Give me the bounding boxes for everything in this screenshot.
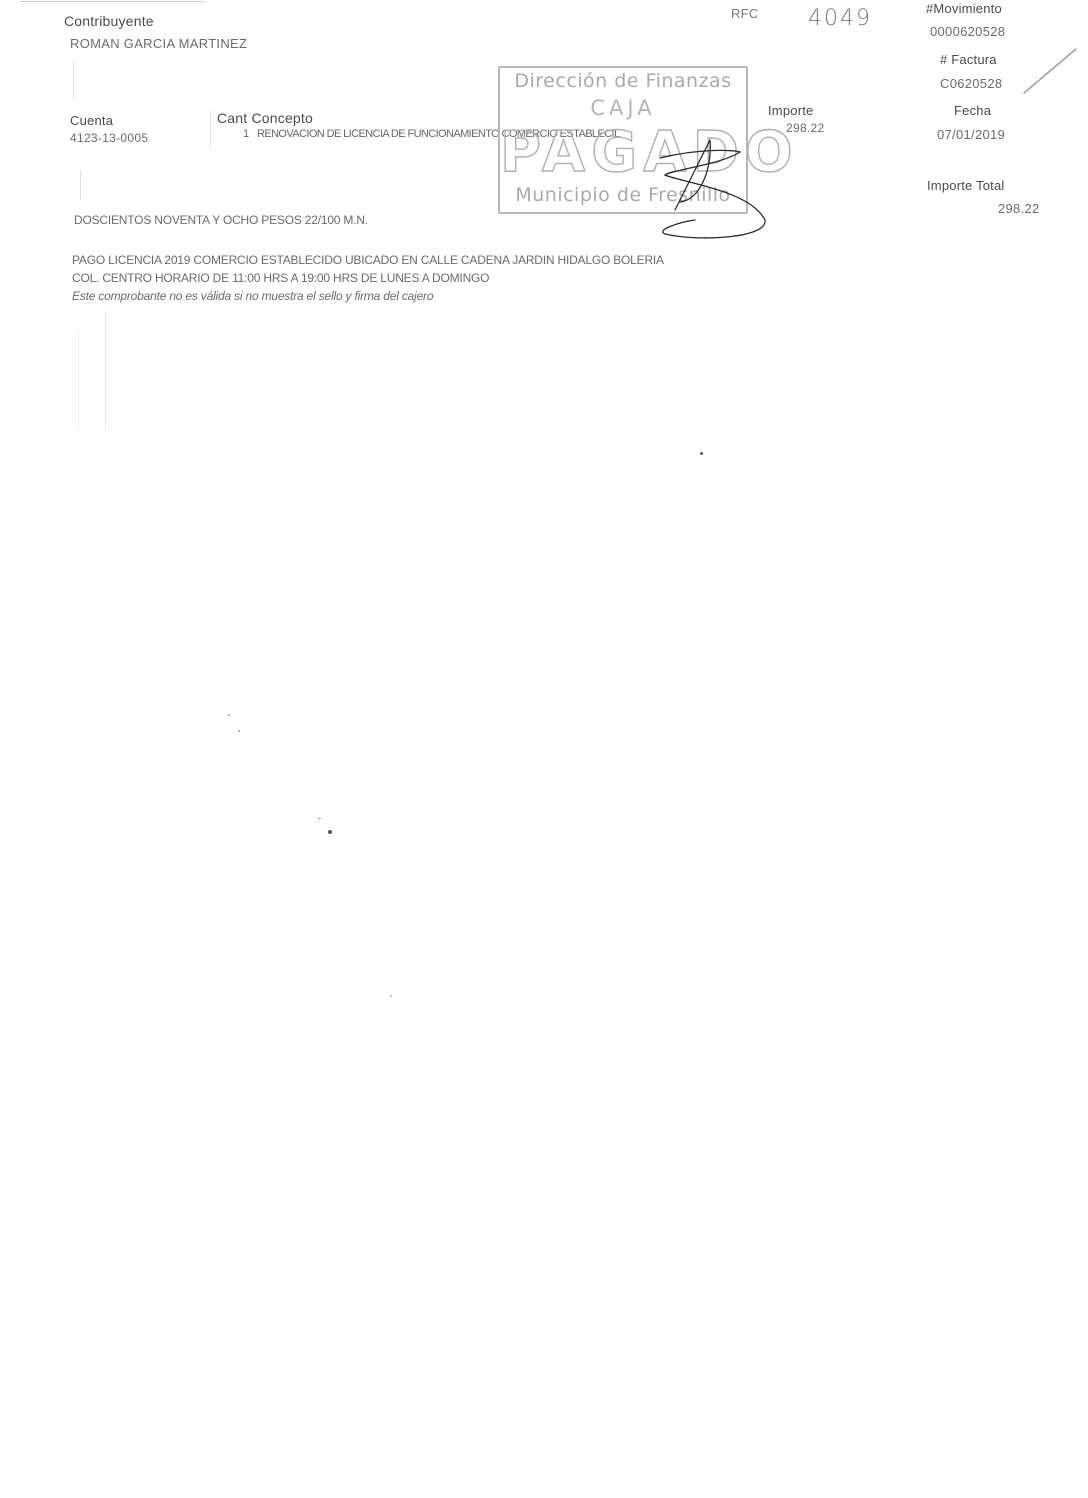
scan-speck <box>238 730 240 732</box>
importe-label: Importe <box>768 103 813 118</box>
movimiento-value: 0000620528 <box>930 24 1005 39</box>
factura-value: C0620528 <box>940 76 1002 91</box>
cuenta-label: Cuenta <box>70 113 113 128</box>
contribuyente-name: ROMAN GARCIA MARTINEZ <box>70 36 247 51</box>
scan-speck <box>700 452 703 455</box>
scan-speck <box>328 830 332 834</box>
fecha-value: 07/01/2019 <box>937 127 1005 142</box>
scan-artifact-left-2 <box>80 170 81 200</box>
scan-artifact-divider <box>210 110 211 148</box>
importe-total-label: Importe Total <box>927 178 1005 193</box>
paid-stamp: Dirección de Finanzas CAJA PAGADO Munici… <box>498 66 748 214</box>
note-line-2: COL. CENTRO HORARIO DE 11:00 HRS A 19:00… <box>72 271 489 285</box>
pen-stroke-mark <box>1020 45 1080 100</box>
fecha-label: Fecha <box>954 103 991 118</box>
movimiento-label: #Movimiento <box>926 1 1002 16</box>
rfc-handwritten-value: 4049 <box>808 6 872 31</box>
line-item-cant: 1 <box>243 128 249 140</box>
cuenta-value: 4123-13-0005 <box>70 131 148 145</box>
note-line-1: PAGO LICENCIA 2019 COMERCIO ESTABLECIDO … <box>72 253 664 267</box>
factura-label: # Factura <box>940 52 997 67</box>
stamp-line-caja: CAJA <box>500 96 746 120</box>
scan-speck <box>318 818 321 819</box>
rfc-label: RFC <box>731 6 758 21</box>
stamp-line-pagado: PAGADO <box>500 120 746 185</box>
scan-artifact-left-3 <box>105 310 106 430</box>
amount-in-words: DOSCIENTOS NOVENTA Y OCHO PESOS 22/100 M… <box>74 213 368 227</box>
cant-concepto-label: Cant Concepto <box>217 110 313 126</box>
disclaimer: Este comprobante no es válida si no mues… <box>72 289 433 303</box>
importe-total-value: 298.22 <box>998 201 1040 216</box>
contribuyente-label: Contribuyente <box>64 13 154 29</box>
scan-speck <box>390 995 392 997</box>
stamp-line-municipio: Municipio de Fresnillo <box>500 184 746 206</box>
stamp-line-direccion: Dirección de Finanzas <box>500 70 746 92</box>
scan-speck <box>228 714 230 716</box>
scan-artifact-left-1 <box>73 60 74 100</box>
scan-artifact-top-line <box>20 1 205 2</box>
scan-artifact-left-4 <box>78 330 79 430</box>
